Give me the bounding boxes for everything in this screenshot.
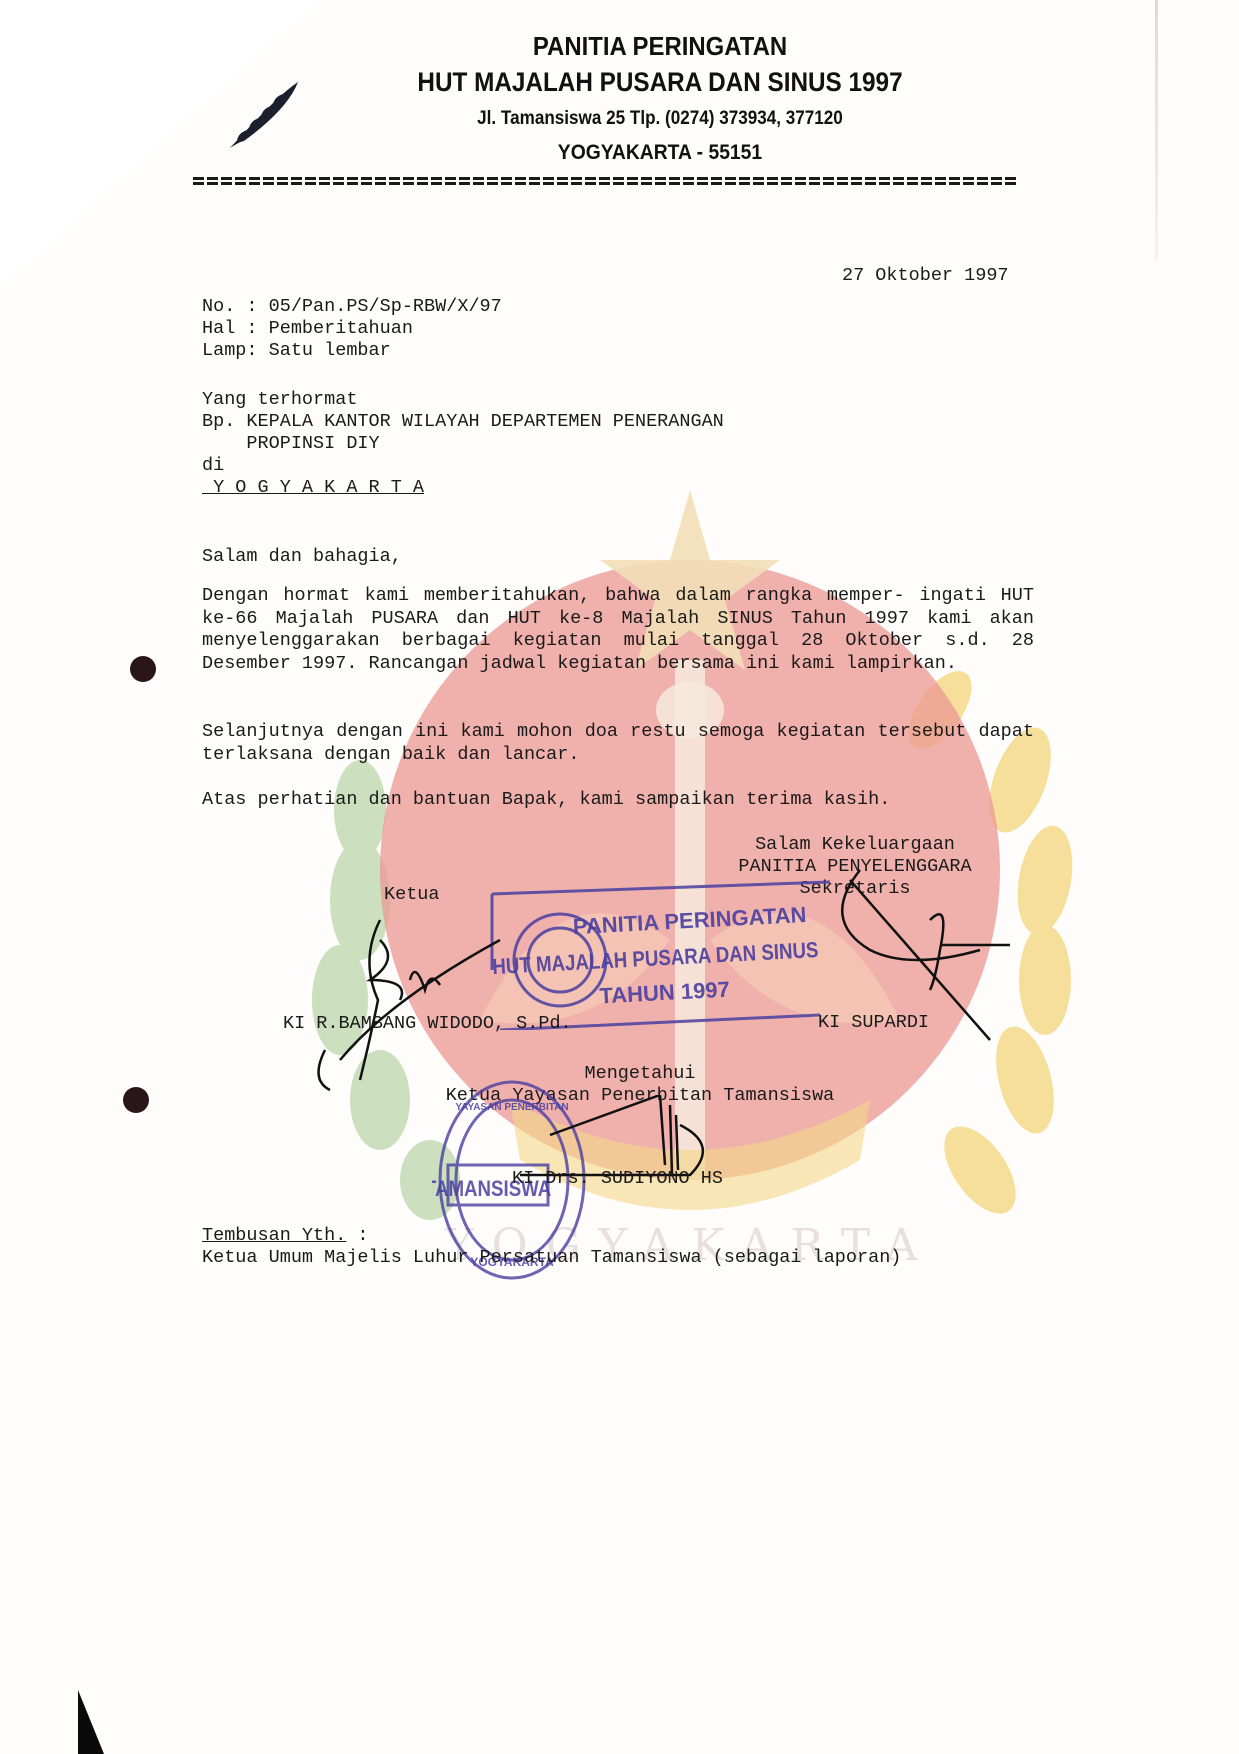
body-paragraph-3: Atas perhatian dan bantuan Bapak, kami s… bbox=[202, 789, 1034, 812]
svg-text:PANITIA PERINGATAN: PANITIA PERINGATAN bbox=[572, 902, 807, 939]
svg-text:TAHUN 1997: TAHUN 1997 bbox=[599, 977, 731, 1009]
copy-to-item: Ketua Umum Majelis Luhur Persatuan Taman… bbox=[202, 1247, 901, 1269]
acknowledger-name: KI Drs. SUDIYONO HS bbox=[512, 1168, 723, 1190]
wreath-emblem-icon bbox=[228, 78, 306, 150]
svg-text:YAYASAN PENERBITAN: YAYASAN PENERBITAN bbox=[455, 1102, 568, 1113]
punch-hole-icon bbox=[123, 1087, 149, 1113]
recipient-at: di bbox=[202, 455, 724, 477]
greeting: Salam dan bahagia, bbox=[202, 546, 402, 568]
copy-to-label: Tembusan Yth. : bbox=[202, 1225, 369, 1247]
recipient-block: Yang terhormatBp. KEPALA KANTOR WILAYAH … bbox=[202, 389, 724, 499]
scan-corner-shadow bbox=[78, 1690, 104, 1754]
closing-regards: Salam Kekeluargaan bbox=[700, 834, 1010, 856]
recipient-city: Y O G Y A K A R T A bbox=[202, 477, 724, 499]
recipient-line-2: PROPINSI DIY bbox=[202, 433, 724, 455]
letter-meta: No. : 05/Pan.PS/Sp-RBW/X/97Hal : Pemberi… bbox=[202, 296, 502, 362]
chair-name: KI R.BAMBANG WIDODO, S.Pd. bbox=[283, 1013, 572, 1035]
letterhead-address: Jl. Tamansiswa 25 Tlp. (0274) 373934, 37… bbox=[336, 102, 984, 136]
copy-to-colon: : bbox=[346, 1225, 368, 1246]
committee-stamp: PANITIA PERINGATAN HUT MAJALAH PUSARA DA… bbox=[490, 880, 990, 1030]
salutation-to: Yang terhormat bbox=[202, 389, 724, 411]
chair-title: Ketua bbox=[384, 884, 440, 906]
punch-hole-icon bbox=[130, 656, 156, 682]
body-paragraph-2: Selanjutnya dengan ini kami mohon doa re… bbox=[202, 721, 1034, 766]
letterhead-title: PANITIA PERINGATAN bbox=[329, 28, 991, 64]
letterhead-subtitle: HUT MAJALAH PUSARA DAN SINUS 1997 bbox=[336, 64, 984, 100]
recipient-line-1: Bp. KEPALA KANTOR WILAYAH DEPARTEMEN PEN… bbox=[202, 411, 724, 433]
letterhead-city: YOGYAKARTA - 55151 bbox=[329, 136, 991, 170]
svg-text:HUT MAJALAH PUSARA DAN SINUS: HUT MAJALAH PUSARA DAN SINUS bbox=[492, 939, 819, 980]
letterhead: PANITIA PERINGATAN HUT MAJALAH PUSARA DA… bbox=[300, 28, 1020, 170]
letter-attachment: Lamp: Satu lembar bbox=[202, 340, 502, 362]
page-edge bbox=[1155, 0, 1158, 260]
letter-page: YOGYAKARTA PANITIA PERINGATAN HUT MAJALA… bbox=[0, 0, 1239, 1754]
secretary-name: KI SUPARDI bbox=[818, 1012, 929, 1034]
letter-number: No. : 05/Pan.PS/Sp-RBW/X/97 bbox=[202, 296, 502, 318]
letter-subject: Hal : Pemberitahuan bbox=[202, 318, 502, 340]
letterhead-double-rule bbox=[193, 177, 1016, 185]
copy-to-heading: Tembusan Yth. bbox=[202, 1225, 346, 1246]
closing-committee: PANITIA PENYELENGGARA bbox=[700, 856, 1010, 878]
letter-date: 27 Oktober 1997 bbox=[842, 265, 1009, 287]
body-paragraph-1: Dengan hormat kami memberitahukan, bahwa… bbox=[202, 585, 1034, 675]
